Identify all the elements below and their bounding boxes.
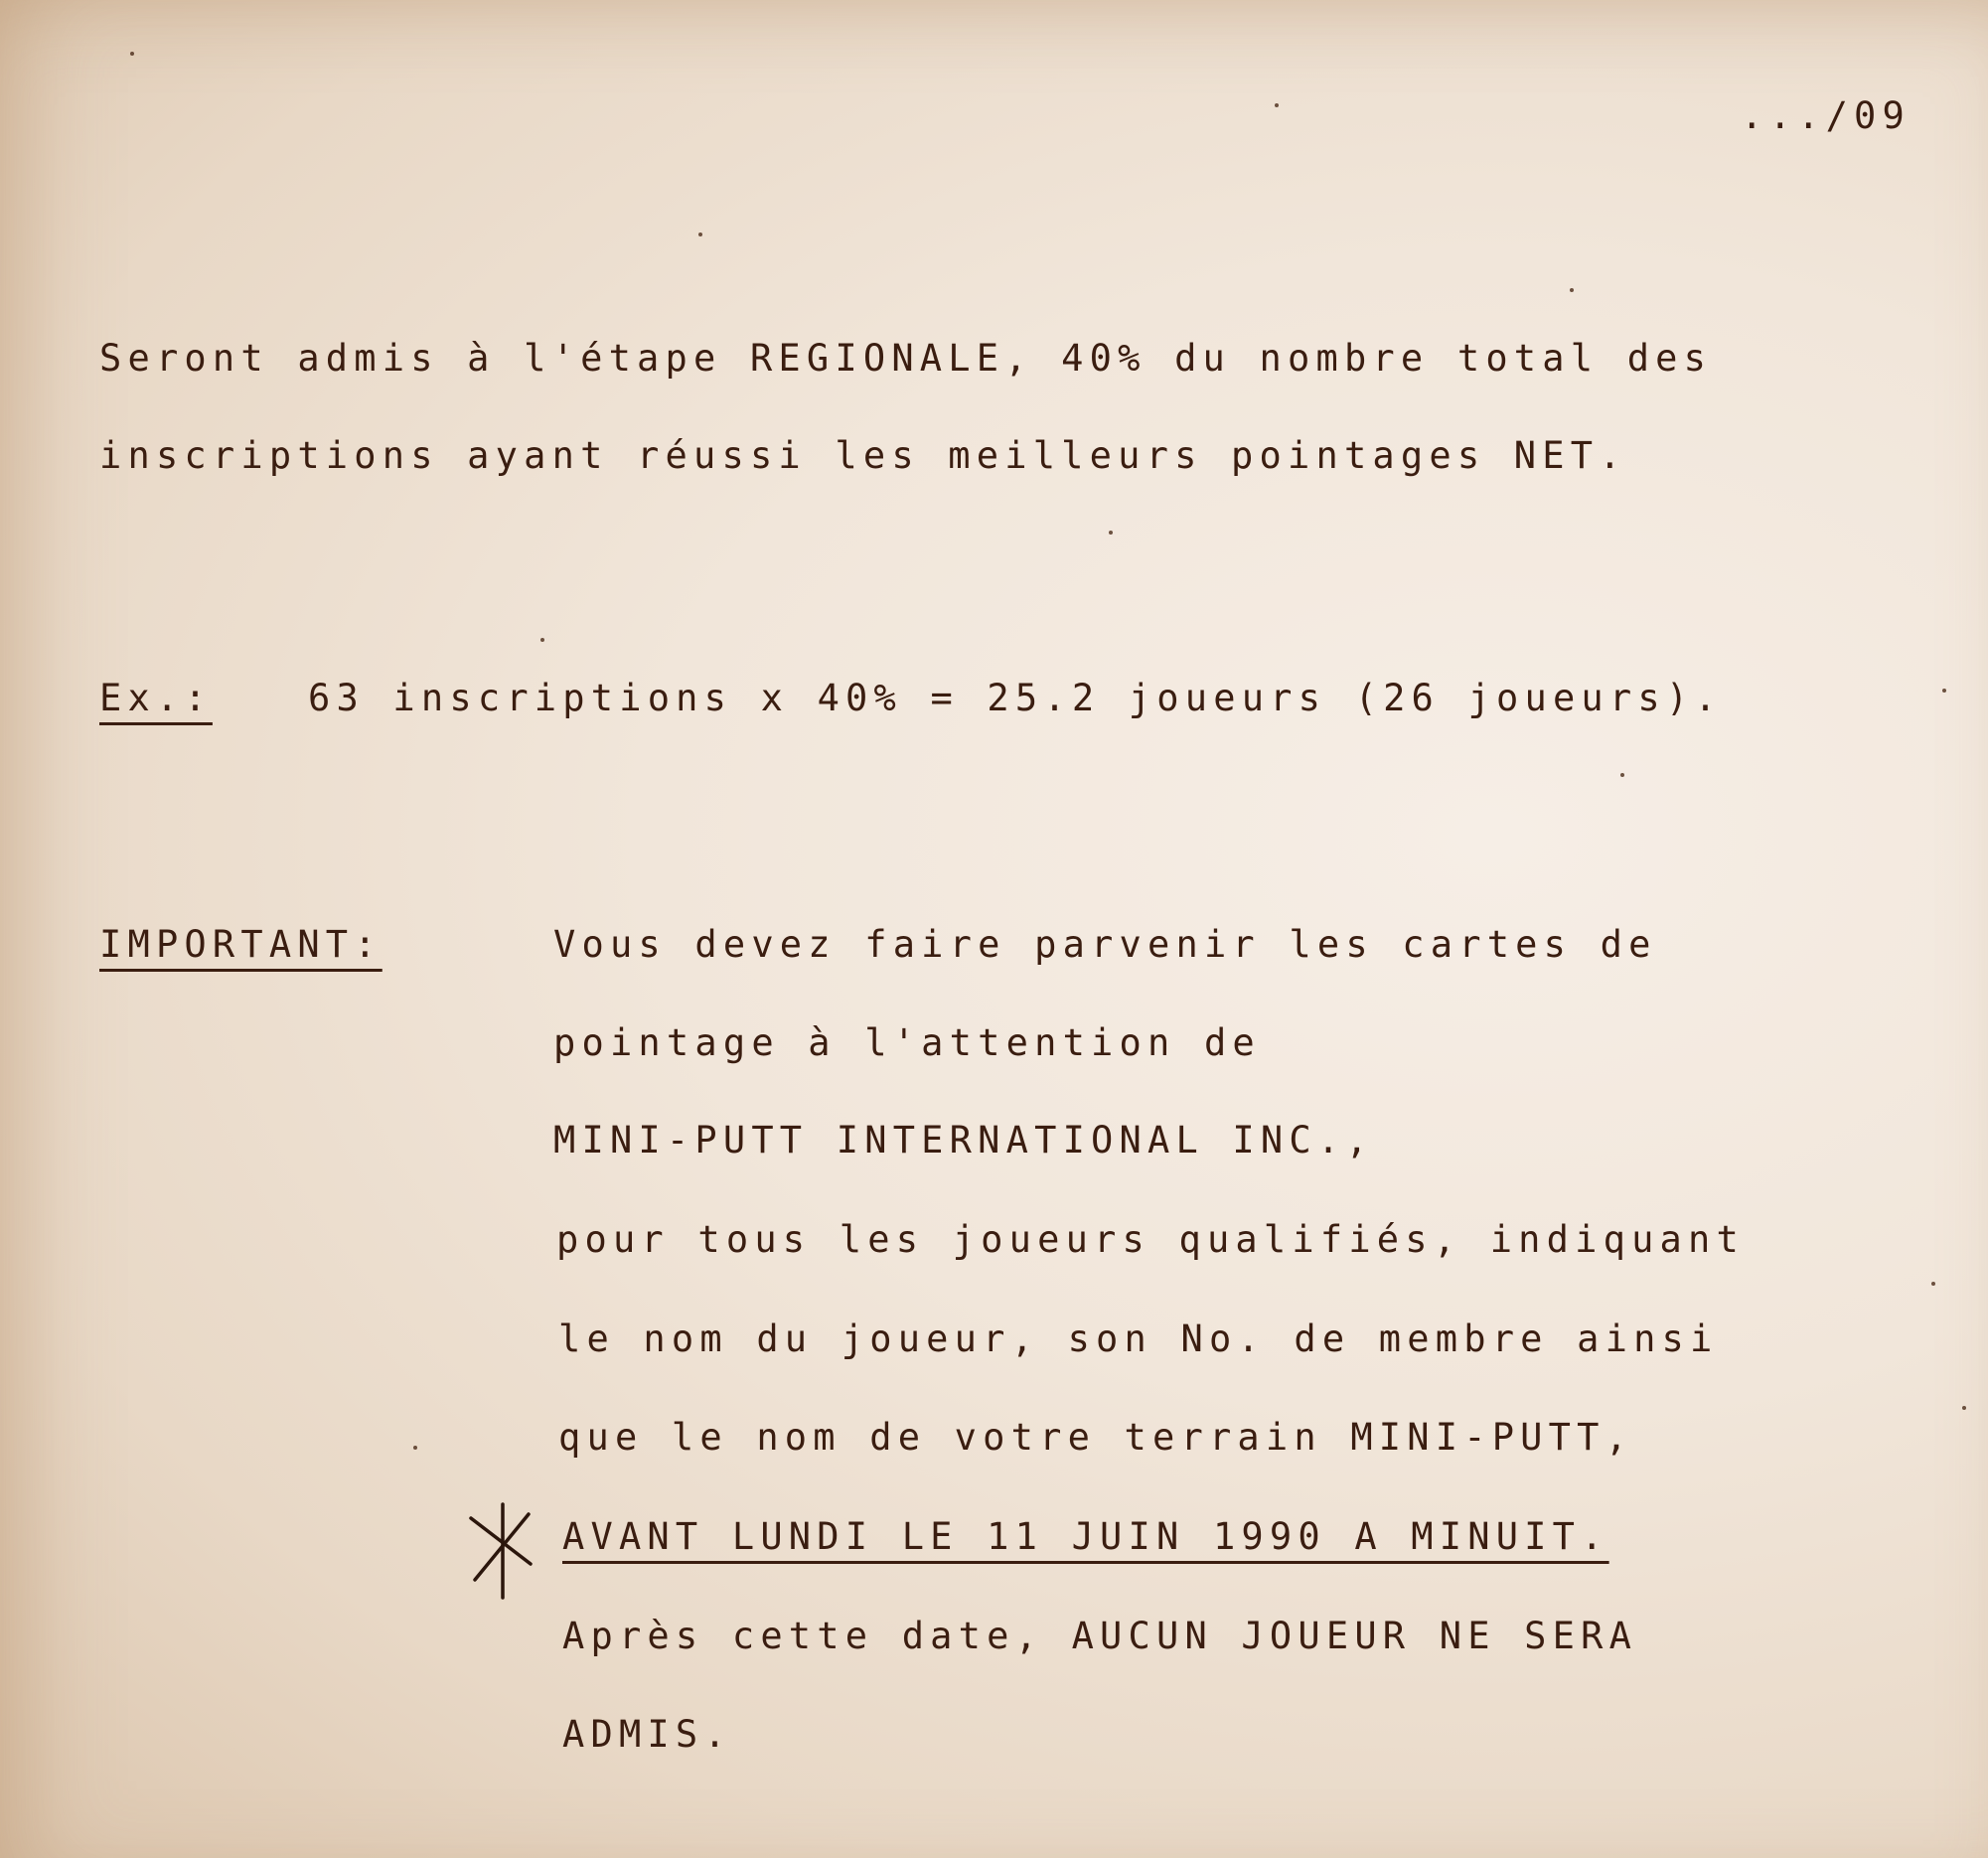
important-line-6: que le nom de votre terrain MINI-PUTT, [558, 1419, 1633, 1456]
paper-speck [1109, 531, 1113, 535]
closing-line-1: Après cette date, AUCUN JOUEUR NE SERA [562, 1618, 1637, 1654]
paper-speck [1931, 1282, 1935, 1286]
paper-speck [1962, 1406, 1966, 1410]
paragraph-line-1: Seront admis à l'étape REGIONALE, 40% du… [99, 340, 1712, 377]
important-line-2: pointage à l'attention de [553, 1024, 1261, 1061]
paper-speck [1942, 689, 1946, 693]
paper-speck [540, 638, 544, 642]
important-label: IMPORTANT: [99, 926, 382, 963]
deadline-text: AVANT LUNDI LE 11 JUIN 1990 A MINUIT. [562, 1518, 1609, 1555]
paragraph-line-2: inscriptions ayant réussi les meilleurs … [99, 437, 1627, 474]
paper-speck [1275, 103, 1279, 107]
closing-line-2: ADMIS. [562, 1716, 732, 1753]
example-label: Ex.: [99, 680, 213, 716]
paper-speck [413, 1446, 417, 1450]
important-line-1: Vous devez faire parvenir les cartes de [553, 926, 1657, 963]
handwritten-asterisk-icon [467, 1500, 536, 1600]
important-line-4: pour tous les joueurs qualifiés, indiqua… [556, 1221, 1745, 1258]
paper-speck [698, 232, 702, 236]
important-line-3: MINI-PUTT INTERNATIONAL INC., [553, 1122, 1374, 1159]
important-line-5: le nom du joueur, son No. de membre ains… [558, 1320, 1719, 1357]
example-text: 63 inscriptions x 40% = 25.2 joueurs (26… [308, 680, 1723, 716]
document-page: .../09 Seront admis à l'étape REGIONALE,… [0, 0, 1988, 1858]
paper-speck [1620, 773, 1624, 777]
paper-speck [130, 52, 134, 56]
paper-speck [1570, 288, 1574, 292]
page-marker: .../09 [1741, 97, 1911, 134]
